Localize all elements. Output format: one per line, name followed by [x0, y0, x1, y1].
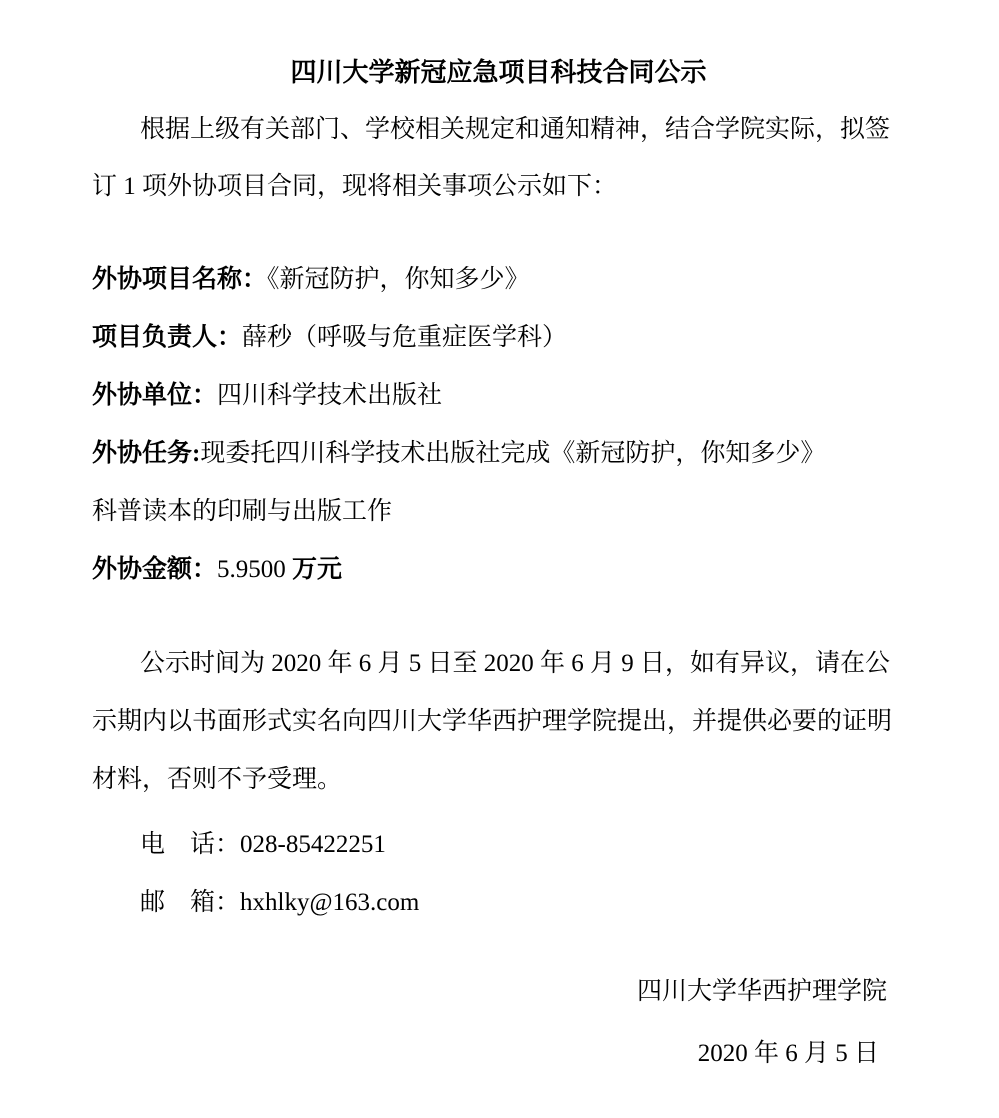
document-title: 四川大学新冠应急项目科技合同公示: [92, 44, 905, 101]
contact-info: 电 话：028-85422251 邮 箱：hxhlky@163.com: [92, 816, 905, 932]
notice-line-2: 示期内以书面形式实名向四川大学华西护理学院提出，并提供必要的证明: [92, 693, 905, 751]
contact-phone-number: 028-85422251: [240, 831, 386, 858]
contact-phone-label: 电 话：: [140, 831, 240, 858]
intro-line-1: 根据上级有关部门、学校相关规定和通知精神，结合学院实际，拟签: [92, 101, 905, 158]
notice-document-page: 四川大学新冠应急项目科技合同公示 根据上级有关部门、学校相关规定和通知精神，结合…: [0, 0, 999, 1118]
section-spacer: [92, 599, 905, 635]
field-amount-value: 5.9500: [217, 556, 292, 583]
notice-line-1: 公示时间为 2020 年 6 月 5 日至 2020 年 6 月 9 日，如有异…: [92, 635, 905, 693]
notice-line-3: 材料，否则不予受理。: [92, 751, 905, 809]
intro-paragraph: 根据上级有关部门、学校相关规定和通知精神，结合学院实际，拟签 订 1 项外协项目…: [92, 101, 905, 215]
field-partner-unit-value: 四川科学技术出版社: [217, 382, 442, 409]
field-project-name: 外协项目名称：《新冠防护，你知多少》: [92, 251, 905, 309]
project-fields: 外协项目名称：《新冠防护，你知多少》 项目负责人：薛秒（呼吸与危重症医学科） 外…: [92, 251, 905, 599]
field-amount: 外协金额：5.9500 万元: [92, 541, 905, 599]
field-task-continuation-text: 科普读本的印刷与出版工作: [92, 498, 392, 525]
field-partner-unit: 外协单位：四川科学技术出版社: [92, 367, 905, 425]
contact-email-label: 邮 箱：: [140, 889, 240, 916]
signature-block: 四川大学华西护理学院 2020 年 6 月 5 日: [92, 963, 905, 1083]
field-project-name-value: 《新冠防护，你知多少》: [267, 266, 530, 293]
field-project-name-label: 外协项目名称：: [92, 266, 267, 293]
signature-organization: 四川大学华西护理学院: [92, 963, 905, 1021]
field-task-value: 现委托四川科学技术出版社完成《新冠防护，你知多少》: [200, 440, 825, 467]
notice-paragraph: 公示时间为 2020 年 6 月 5 日至 2020 年 6 月 9 日，如有异…: [92, 635, 905, 809]
field-project-leader: 项目负责人：薛秒（呼吸与危重症医学科）: [92, 309, 905, 367]
field-project-leader-label: 项目负责人：: [92, 324, 242, 351]
intro-line-2: 订 1 项外协项目合同，现将相关事项公示如下：: [92, 158, 905, 215]
contact-email-address: hxhlky@163.com: [240, 889, 419, 916]
contact-email: 邮 箱：hxhlky@163.com: [92, 874, 905, 932]
field-amount-unit: 万元: [292, 556, 342, 583]
field-project-leader-value: 薛秒（呼吸与危重症医学科）: [242, 324, 567, 351]
contact-phone: 电 话：028-85422251: [92, 816, 905, 874]
field-amount-label: 外协金额：: [92, 556, 217, 583]
section-spacer: [92, 215, 905, 251]
signature-date: 2020 年 6 月 5 日: [92, 1025, 905, 1083]
field-partner-unit-label: 外协单位：: [92, 382, 217, 409]
field-task-continuation: 科普读本的印刷与出版工作: [92, 483, 905, 541]
field-task-label: 外协任务:: [92, 440, 200, 467]
field-task: 外协任务:现委托四川科学技术出版社完成《新冠防护，你知多少》: [92, 425, 905, 483]
